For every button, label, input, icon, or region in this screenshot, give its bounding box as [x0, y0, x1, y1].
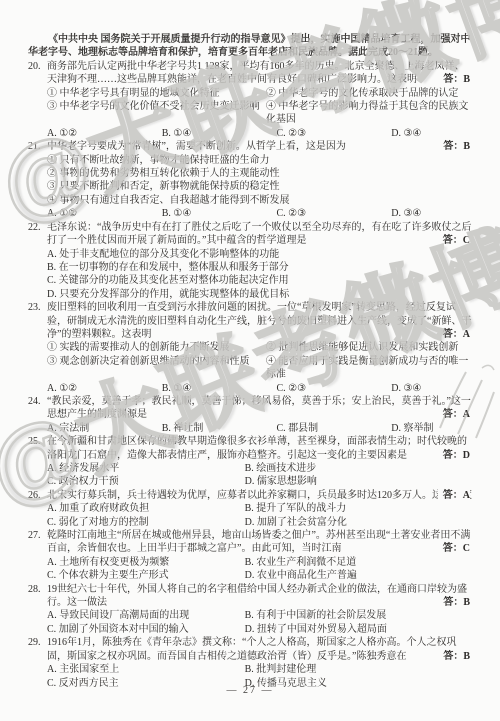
question-number: 22.	[28, 221, 41, 234]
intro-paragraph: 《中共中央 国务院关于开展质量提升行动的指导意见》提出，实施中国精品培育工程，加…	[28, 33, 472, 60]
question-number: 25.	[28, 435, 41, 448]
answer-label: 答：D	[438, 449, 470, 462]
question-number: 24.	[28, 395, 41, 408]
question-stem: 商务部先后认定两批中华老字号共1 128家，平均有160多年的历史。北京全聚德、…	[47, 60, 472, 87]
choice: C. ②③	[277, 382, 392, 395]
question-stem: 废旧塑料的回收利用一直受到污水排放问题的困扰。一位“草根发明家”转变思路，经过反…	[47, 301, 472, 341]
choice: B. 批判封建伦理	[245, 663, 472, 676]
sub-option: ③ 只要不断批判和否定，新事物就能保持质的稳定性	[47, 180, 472, 193]
choice: C. 个体农耕为主要生产形式	[47, 569, 245, 582]
question-stem-text: 北宋实行募兵制，兵士待遇较为优厚，应募者以此养家糊口，兵员最多时达120多万人。…	[47, 490, 472, 501]
question-stem: “教民亲爱，莫善于孝；教民礼顺，莫善于悌；移风易俗，莫善于乐；安上治民，莫善于礼…	[47, 395, 472, 422]
choice: B. ①④	[162, 207, 277, 220]
choice: B. ①④	[162, 127, 277, 140]
question-number: 27.	[28, 529, 41, 542]
choices: A. ①②B. ①④C. ②③D. ③④	[47, 127, 472, 140]
answer-label: 答：A	[438, 328, 470, 341]
choice: C. 加剧了外国资本对中国的输入	[47, 623, 245, 636]
choice: C. 关键部分的功能及其变化甚至对整体功能起决定作用	[47, 274, 472, 287]
question-number: 28.	[28, 583, 41, 596]
choice: C. 政治权力干预	[47, 475, 245, 488]
sub-option: ③ 中华老字号的文化价值不受社会历史变迁影响	[47, 100, 266, 127]
choices: A. ①②B. ①④C. ②③D. ③④	[47, 207, 472, 220]
question-21: 21.中华老字号要成为“常青树”，需要不断创新。从哲学上看，这是因为答：B① 只…	[28, 140, 472, 220]
choice: D. 加剧了社会贫富分化	[245, 516, 472, 529]
choice: C. 郡县制	[277, 422, 392, 435]
choice: A. 处于非支配地位的部分及其变化不影响整体的功能	[47, 248, 472, 261]
choice: B. 提升了军队的战斗力	[245, 502, 472, 515]
answer-label: 答：B	[438, 596, 470, 609]
choice: C. ②③	[277, 127, 392, 140]
choice: D. 农业中商品化生产普遍	[245, 569, 472, 582]
sub-options: ① 中华老字号具有明显的地域文化特征② 中华老字号的文化传承取决于品牌的认定③ …	[47, 87, 472, 127]
choice: B. 在一切事物的存在和发展中，整体服从和服务于部分	[47, 261, 472, 274]
sub-option: ③ 观念创新决定着创新思维活动的内容和性质	[47, 355, 266, 382]
choice: A. 导致民间设厂高潮局面的出现	[47, 609, 245, 622]
question-stem-text: 毛泽东说：“战争历史中有在打了胜仗之后吃了一个败仗以至全功尽弃的，有在吃了许多败…	[47, 222, 471, 246]
choice: C. 弱化了对地方的控制	[47, 516, 245, 529]
choices: A. ①②B. ①④C. ②③D. ③④	[47, 382, 472, 395]
question-stem-text: 商务部先后认定两批中华老字号共1 128家，平均有160多年的历史。北京全聚德、…	[47, 61, 465, 85]
question-number: 20.	[28, 60, 41, 73]
question-number: 23.	[28, 301, 41, 314]
choice: A. 主张国家至上	[47, 663, 245, 676]
question-stem-text: “教民亲爱，莫善于孝；教民礼顺，莫善于悌；移风易俗，莫善于乐；安上治民，莫善于礼…	[47, 396, 471, 420]
choice: C. ②③	[277, 207, 392, 220]
answer-label: 答：C	[438, 234, 470, 247]
sub-option: ① 只有不断吐故纳新，事物才能保持旺盛的生命力	[47, 154, 472, 167]
choices: A. 经济发展水平B. 绘画技术进步C. 政治权力干预D. 儒家思想影响	[47, 462, 472, 489]
question-stem: 19世纪六七十年代，外国人将自己的名字租借给中国人经办新式企业的做法，在通商口岸…	[47, 583, 472, 610]
sub-option: ① 中华老字号具有明显的地域文化特征	[47, 87, 266, 100]
question-26: 26.北宋实行募兵制，兵士待遇较为优厚，应募者以此养家糊口，兵员最多时达120多…	[28, 489, 472, 529]
question-stem-text: 乾隆时江南地主“所居在城或他州异县，地亩山场皆委之佃户”。苏州甚至出现“土著安业…	[47, 530, 470, 554]
question-20: 20.商务部先后认定两批中华老字号共1 128家，平均有160多年的历史。北京全…	[28, 60, 472, 140]
choice: A. 土地所有权变更极为频繁	[47, 556, 245, 569]
sub-option: ② 批判性思维能够促进认识发展和实践创新	[266, 341, 472, 354]
question-24: 24.“教民亲爱，莫善于孝；教民礼顺，莫善于悌；移风易俗，莫善于乐；安上治民，莫…	[28, 395, 472, 435]
choices: A. 加重了政府财政负担B. 提升了军队的战斗力C. 弱化了对地方的控制D. 加…	[47, 502, 472, 529]
choice: D. ③④	[391, 127, 472, 140]
question-number: 26.	[28, 489, 41, 502]
sub-option: ④ 事物只有通过自我否定、自我超越才能得到不断发展	[47, 194, 472, 207]
question-29: 29.1916年1月，陈独秀在《青年杂志》撰文称：“个人之人格高，斯国家之人格亦…	[28, 636, 472, 690]
choice: A. 加重了政府财政负担	[47, 502, 245, 515]
question-25: 25.在今新疆和甘肃地区保存的佛教早期造像很多衣衫单薄，甚至裸身，面部表情生动；…	[28, 435, 472, 489]
choice: B. 绘画技术进步	[245, 462, 472, 475]
question-stem: 北宋实行募兵制，兵士待遇较为优厚，应募者以此养家糊口，兵员最多时达120多万人。…	[47, 489, 472, 502]
question-number: 21.	[28, 140, 41, 153]
question-stem-text: 19世纪六七十年代，外国人将自己的名字租借给中国人经办新式企业的做法，在通商口岸…	[47, 584, 467, 608]
question-stem: 乾隆时江南地主“所居在城或他州异县，地亩山场皆委之佃户”。苏州甚至出现“土著安业…	[47, 529, 472, 556]
answer-label: 答：B	[438, 140, 470, 153]
question-stem-text: 1916年1月，陈独秀在《青年杂志》撰文称：“个人之人格高，斯国家之人格亦高。个…	[47, 637, 456, 661]
question-stem: 在今新疆和甘肃地区保存的佛教早期造像很多衣衫单薄，甚至裸身，面部表情生动；时代较…	[47, 435, 472, 462]
sub-option: ② 事物的优势和劣势相互转化依赖于人的主观能动性	[47, 167, 472, 180]
answer-label: 答：B	[438, 73, 470, 86]
question-number: 29.	[28, 636, 41, 649]
choice: B. ①④	[162, 382, 277, 395]
choice: B. 农业生产利润微不足道	[245, 556, 472, 569]
question-stem-text: 在今新疆和甘肃地区保存的佛教早期造像很多衣衫单薄，甚至裸身，面部表情生动；时代较…	[47, 436, 467, 460]
choice: A. ①②	[47, 127, 162, 140]
choices: A. 宗法制B. 禅让制C. 郡县制D. 察举制	[47, 422, 472, 435]
choice: D. 只要充分发挥部分的作用，就能实现整体的最优目标	[47, 288, 472, 301]
page-content: 《中共中央 国务院关于开展质量提升行动的指导意见》提出，实施中国精品培育工程，加…	[28, 33, 472, 690]
choices: A. 土地所有权变更极为频繁B. 农业生产利润微不足道C. 个体农耕为主要生产形…	[47, 556, 472, 583]
page-number: — 27 —	[0, 684, 500, 697]
question-22: 22.毛泽东说：“战争历史中有在打了胜仗之后吃了一个败仗以至全功尽弃的，有在吃了…	[28, 221, 472, 301]
choice: A. ①②	[47, 207, 162, 220]
choice: B. 禅让制	[162, 422, 277, 435]
question-28: 28.19世纪六七十年代，外国人将自己的名字租借给中国人经办新式企业的做法，在通…	[28, 583, 472, 637]
sub-options: ① 只有不断吐故纳新，事物才能保持旺盛的生命力② 事物的优势和劣势相互转化依赖于…	[47, 154, 472, 208]
question-stem: 1916年1月，陈独秀在《青年杂志》撰文称：“个人之人格高，斯国家之人格亦高。个…	[47, 636, 472, 663]
pen-scribble	[432, 358, 498, 444]
sub-option: ② 中华老字号的文化传承取决于品牌的认定	[266, 87, 472, 100]
sub-option: ① 实践的需要推动人的创新能力不断发展	[47, 341, 266, 354]
choices: A. 处于非支配地位的部分及其变化不影响整体的功能B. 在一切事物的存在和发展中…	[47, 248, 472, 302]
sub-option: ④ 中华老字号的影响力得益于其包含的民族文化基因	[266, 100, 472, 127]
choice: D. 扭转了中国对外贸易入超局面	[245, 623, 472, 636]
choice: B. 有利于中国新的社会阶层发展	[245, 609, 472, 622]
answer-label: 答：B	[438, 650, 470, 663]
choice: A. 经济发展水平	[47, 462, 245, 475]
question-stem-text: 中华老字号要成为“常青树”，需要不断创新。从哲学上看，这是因为	[47, 141, 346, 152]
sub-options: ① 实践的需要推动人的创新能力不断发展② 批判性思维能够促进认识发展和实践创新③…	[47, 341, 472, 381]
question-stem-text: 废旧塑料的回收利用一直受到污水排放问题的困扰。一位“草根发明家”转变思路，经过反…	[47, 302, 471, 340]
answer-label: 答：C	[438, 542, 470, 555]
choices: A. 导致民间设厂高潮局面的出现B. 有利于中国新的社会阶层发展C. 加剧了外国…	[47, 609, 472, 636]
question-list: 20.商务部先后认定两批中华老字号共1 128家，平均有160多年的历史。北京全…	[28, 60, 472, 690]
exam-page: @大联考微博 @大联考微博 《中共中央 国务院关于开展质量提升行动的指导意见》提…	[0, 0, 500, 721]
question-stem: 毛泽东说：“战争历史中有在打了胜仗之后吃了一个败仗以至全功尽弃的，有在吃了许多败…	[47, 221, 472, 248]
question-23: 23.废旧塑料的回收利用一直受到污水排放问题的困扰。一位“草根发明家”转变思路，…	[28, 301, 472, 395]
question-stem: 中华老字号要成为“常青树”，需要不断创新。从哲学上看，这是因为答：B	[47, 140, 472, 153]
answer-label: 答：A	[438, 489, 470, 502]
choice: D. 儒家思想影响	[245, 475, 472, 488]
question-27: 27.乾隆时江南地主“所居在城或他州异县，地亩山场皆委之佃户”。苏州甚至出现“土…	[28, 529, 472, 583]
choice: A. 宗法制	[47, 422, 162, 435]
choice: D. ③④	[391, 207, 472, 220]
choice: A. ①②	[47, 382, 162, 395]
